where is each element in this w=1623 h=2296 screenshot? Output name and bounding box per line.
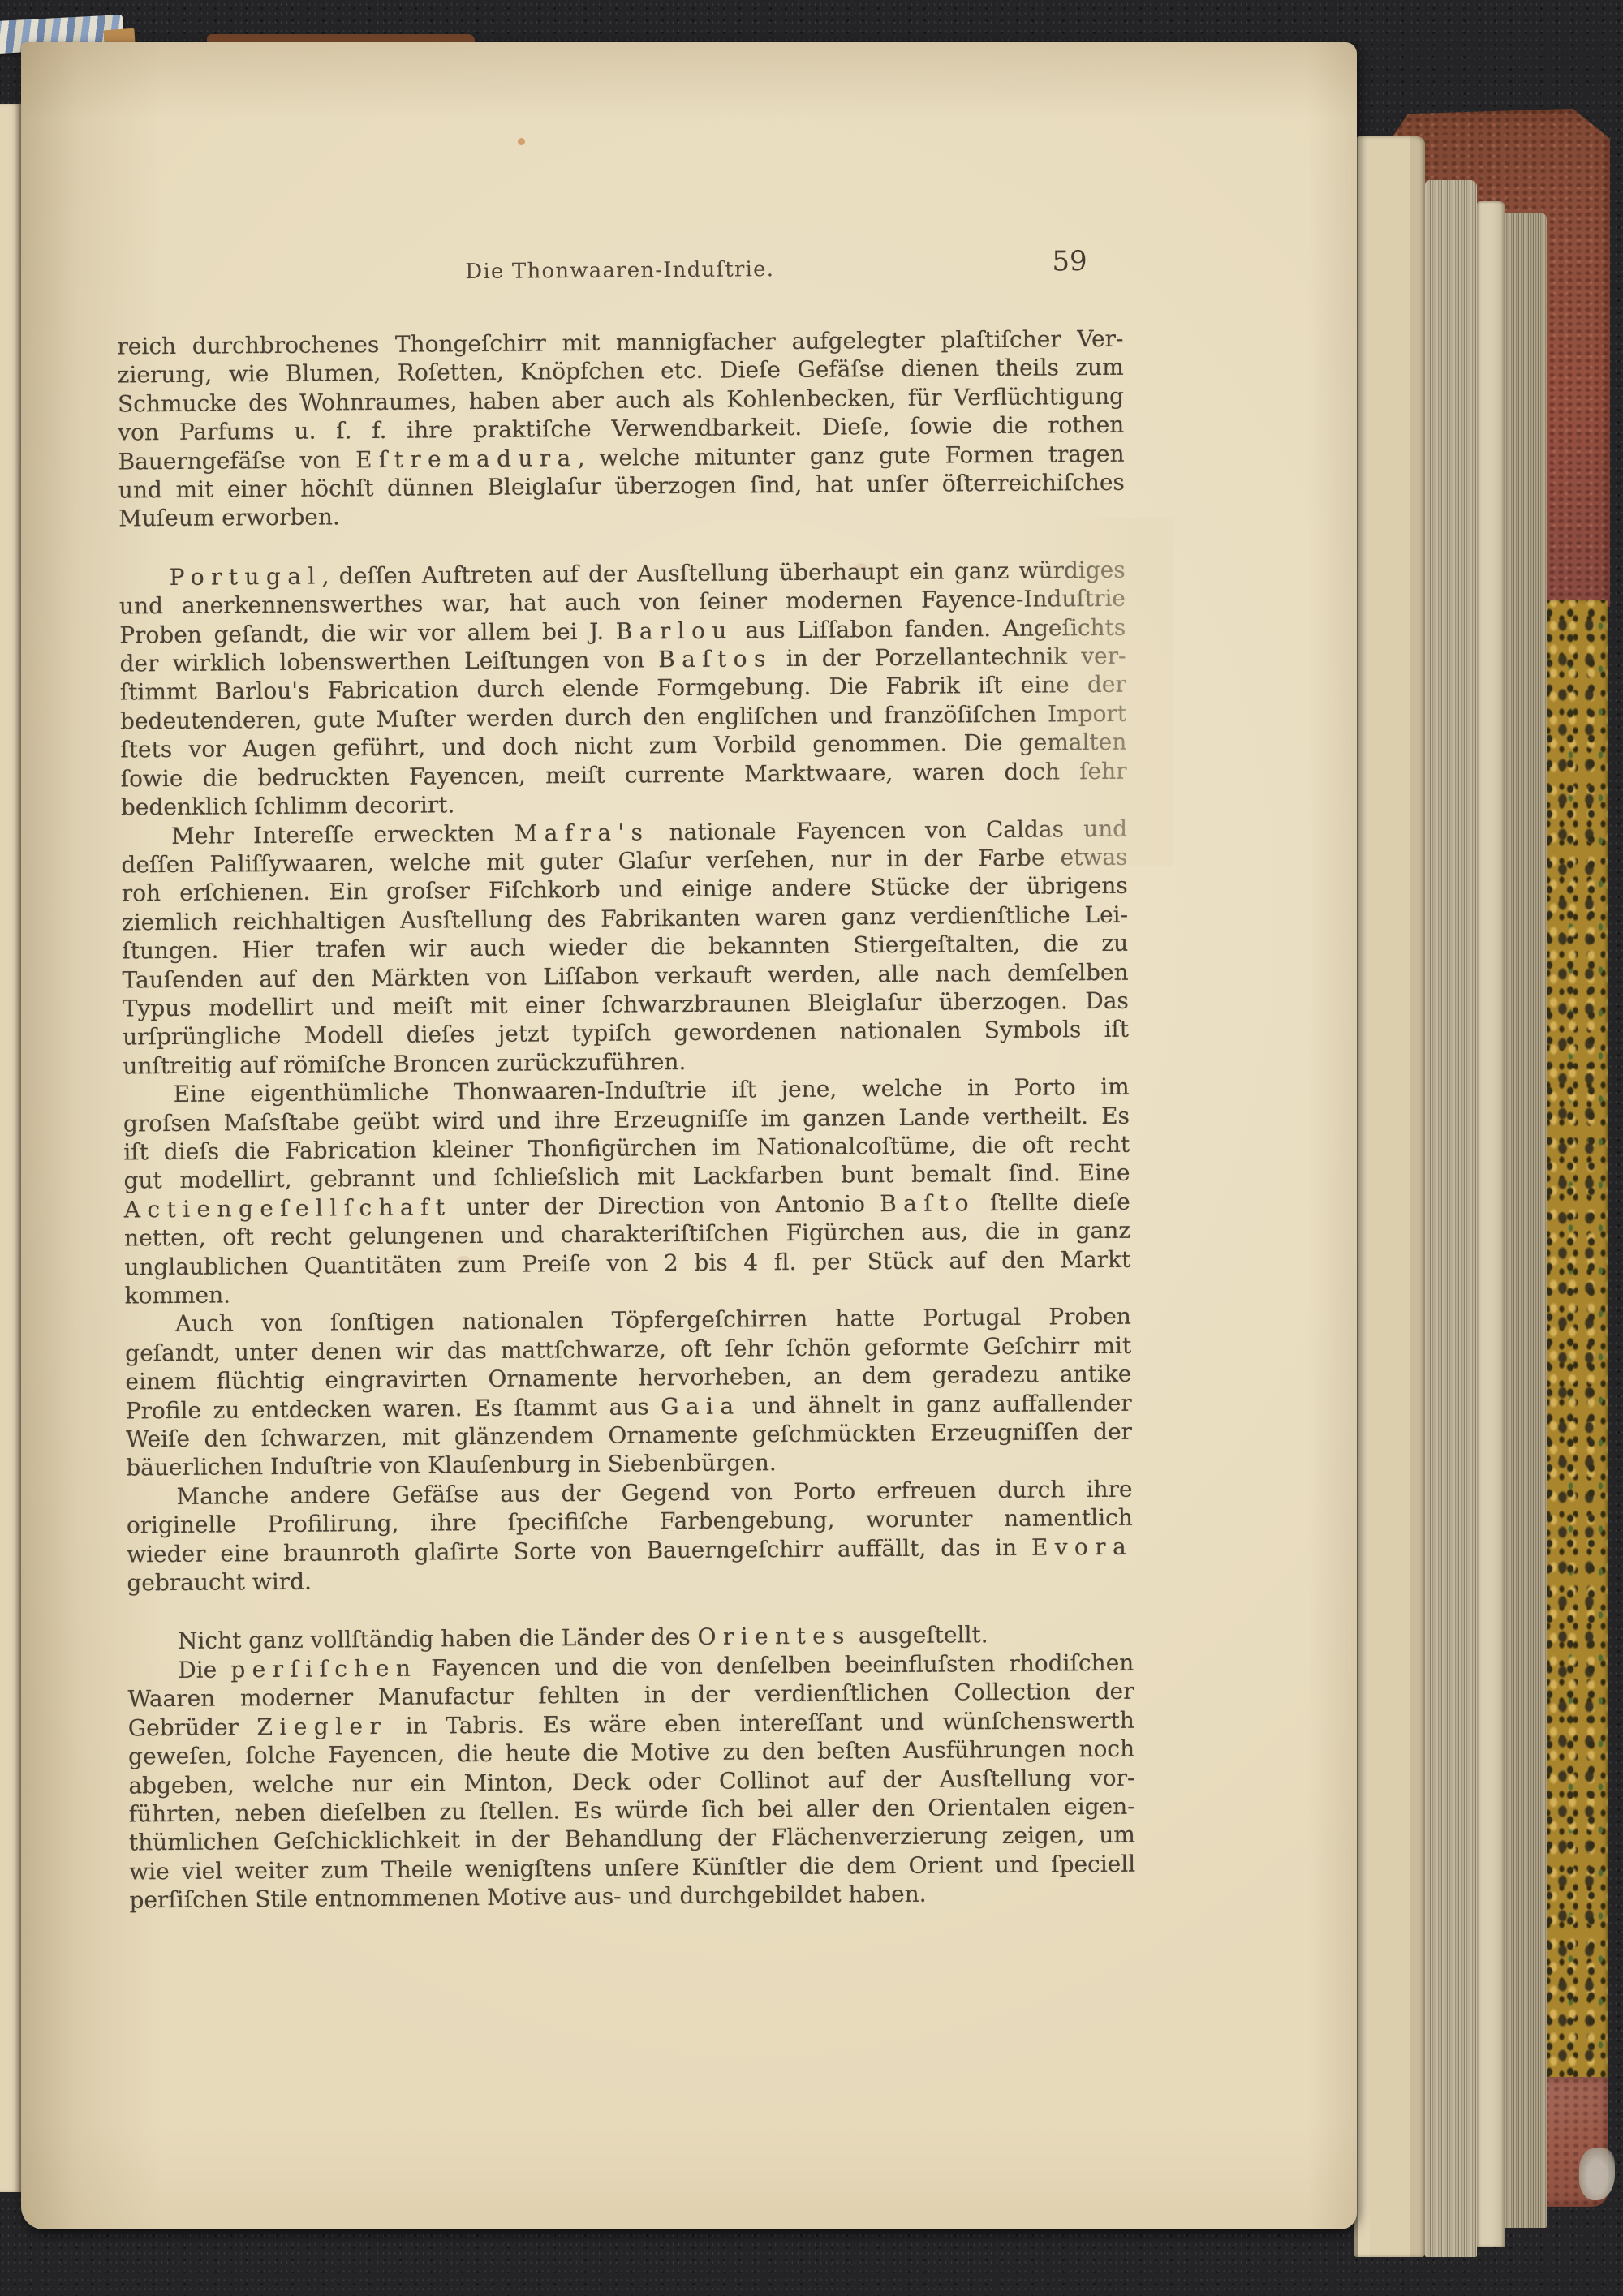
text-segment: Fayencen und die von denſelben beeinfluſ… (417, 1649, 1134, 1682)
scanned-book-spread: Die Thonwaaren-Induſtrie. 59 reich durch… (0, 0, 1623, 2296)
emphasized-name: Eſtremadura (355, 445, 578, 473)
text-segment: gebraucht wird. (127, 1568, 312, 1597)
page-header: Die Thonwaaren-Induſtrie. 59 (117, 255, 1123, 299)
emphasized-name: Evora (1031, 1533, 1133, 1560)
emphasized-name: Actiengeſellſchaft (124, 1193, 452, 1223)
text-segment: perſiſchen Stile entnommenen Motive aus-… (129, 1881, 926, 1914)
worn-corner-patch (1579, 2148, 1615, 2200)
text-segment: wieder eine braunroth glaſirte Sorte von… (127, 1533, 1031, 1567)
text-segment: Muſeum erworben. (118, 504, 340, 532)
emphasized-name: perſiſchen (230, 1655, 417, 1683)
text-segment: unter der Direction von Antonio (451, 1190, 880, 1220)
text-segment: Gebrüder (128, 1713, 257, 1741)
fore-edge-light-band (1477, 201, 1505, 2247)
paragraph: Auch von ſonſtigen nationalen Töpfergeſc… (125, 1302, 1133, 1482)
text-segment: unſtreitig auf römiſche Broncen zurückzu… (123, 1048, 686, 1079)
emphasized-name: Portugal (170, 562, 322, 590)
text-segment: der wirklich lobenswerthen Leiſtungen vo… (119, 646, 658, 677)
text-segment: in Tabris. Es wäre eben intereſſant und … (387, 1706, 1134, 1739)
emphasized-name: Baſto (880, 1189, 975, 1217)
text-segment: ſtellte dieſe (975, 1189, 1130, 1216)
text-segment: aus Liſſabon fanden. Angeſichts (734, 613, 1126, 643)
emphasized-name: Gaia (661, 1392, 741, 1420)
running-title: Die Thonwaaren-Induſtrie. (117, 255, 1123, 287)
emphasized-name: Baſtos (658, 645, 773, 673)
printed-text-area: Die Thonwaaren-Induſtrie. 59 reich durch… (15, 37, 1367, 2235)
page-number: 59 (1052, 245, 1087, 277)
text-segment: nationale Fayencen von Caldas und (649, 815, 1127, 845)
text-segment: , welche mitunter ganz gute Formen trage… (578, 440, 1125, 471)
text-segment: und ähnelt in ganz auffallender (740, 1389, 1131, 1419)
text-segment: Bauerngefäſse von (118, 446, 355, 475)
paragraph: reich durchbrochenes Thongeſchirr mit ma… (117, 325, 1125, 534)
text-segment: Die (178, 1656, 230, 1683)
text-segment: in der Porzellantechnik ver- (773, 643, 1126, 672)
emphasized-name: Mafra's (514, 819, 650, 846)
paragraph: Portugal, deſſen Auftreten auf der Ausſt… (119, 556, 1127, 822)
text-segment: bedenklich ſchlimm decorirt. (121, 791, 455, 820)
emphasized-name: Barlou (616, 617, 734, 644)
paragraph: Mehr Intereſſe erweckten Mafra's nationa… (121, 814, 1129, 1080)
marbled-cover-strip (1539, 600, 1608, 2085)
paragraph: Die perſiſchen Fayencen und die von denſ… (127, 1649, 1135, 1915)
text-block: reich durchbrochenes Thongeſchirr mit ma… (117, 325, 1135, 1915)
fore-edge-striation-band (1425, 180, 1477, 2257)
emphasized-name: Ziegler (256, 1713, 387, 1740)
paragraph: Eine eigenthümliche Thonwaaren-Induſtrie… (123, 1073, 1131, 1310)
text-segment: Profile zu entdecken waren. Es ſtammt au… (126, 1393, 661, 1424)
emphasized-name: Orientes (697, 1623, 851, 1650)
text-segment: ausgeſtellt. (851, 1622, 988, 1649)
paragraph: Manche andere Gefäſse aus der Gegend von… (126, 1475, 1133, 1597)
text-segment: kommen. (125, 1281, 231, 1309)
fore-edge-striation-band-outer (1505, 213, 1547, 2228)
text-segment: Proben geſandt, die wir vor allem bei J. (119, 617, 616, 648)
text-segment: bäuerlichen Induſtrie von Klauſenburg in… (126, 1450, 777, 1481)
text-segment: Mehr Intereſſe erweckten (171, 819, 514, 849)
text-segment: Nicht ganz vollſtändig haben die Länder … (178, 1623, 698, 1654)
book-page: Die Thonwaaren-Induſtrie. 59 reich durch… (21, 42, 1357, 2229)
